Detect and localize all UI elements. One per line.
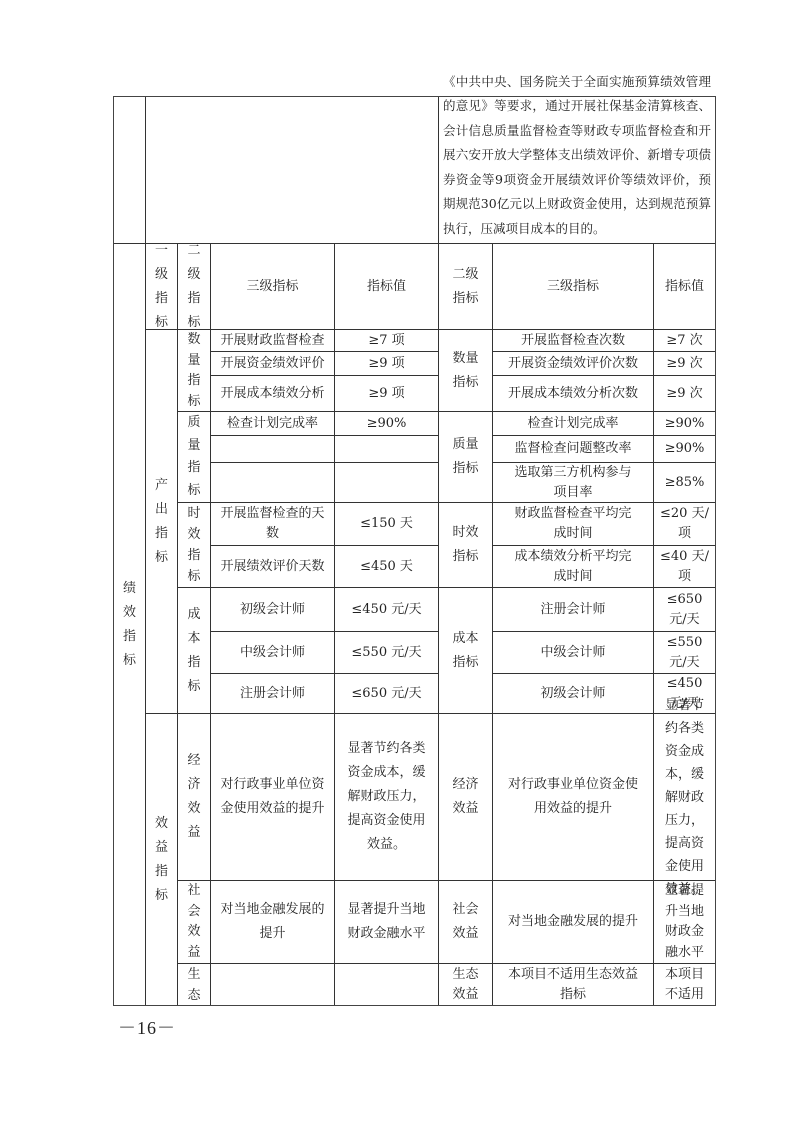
group-benefit-label: 效益指标	[155, 812, 169, 908]
social-left-value-cell: 显著提升当地财政金融水平	[334, 880, 439, 964]
cost-row3-left-name: 注册会计师	[210, 673, 335, 714]
quality-row3-right-value: ≥85%	[653, 462, 716, 503]
group-benefit-cell: 效益指标	[145, 713, 178, 1006]
ecological-right-name-cell: 本项目不适用生态效益指标	[492, 963, 654, 1006]
quality-row3-right-name-cell: 选取第三方机构参与项目率	[492, 462, 654, 503]
ecological-left-name	[210, 963, 335, 1006]
quantity-row2-right-value: ≥9 次	[653, 351, 716, 376]
timeliness-row2-right-value-cell: ≤40 天/项	[653, 545, 716, 588]
cost-row2-right-value-cell: ≤550 元/天	[653, 631, 716, 674]
cost-row1-right-name: 注册会计师	[492, 587, 654, 632]
cost-row1-right-value-cell: ≤650 元/天	[653, 587, 716, 632]
quality-row3-left-name	[210, 462, 335, 503]
quality-row1-left-name: 检查计划完成率	[210, 411, 335, 436]
ecological-left-label-cell: 生态	[177, 963, 211, 1006]
social-left-name: 对当地金融发展的提升	[219, 898, 327, 946]
quantity-row1-left-name: 开展财政监督检查	[210, 329, 335, 352]
section-label-cell: 绩效指标	[113, 243, 146, 1006]
cost-row1-left-value: ≤450 元/天	[334, 587, 439, 632]
social-left-label-cell: 社会效益	[177, 880, 211, 964]
timeliness-row1-left-name: 开展监督检查的天数	[218, 504, 328, 544]
ecological-right-value-cell: 本项目不适用	[653, 963, 716, 1006]
social-right-value-cell: 显著提升当地财政金融水平	[653, 880, 716, 964]
quality-row2-right-name: 监督检查问题整改率	[492, 435, 654, 463]
ecological-right-value: 本项目不适用	[663, 965, 707, 1005]
quantity-row3-right-name: 开展成本绩效分析次数	[492, 375, 654, 412]
timeliness-row1-right-value: ≤20 天/项	[659, 504, 711, 544]
intro-blank-col1	[113, 96, 146, 244]
quality-row1-right-value: ≥90%	[653, 411, 716, 436]
header-level2-left: 二级指标	[177, 243, 211, 330]
economic-right-name: 对行政事业单位资金使用效益的提升	[506, 773, 641, 821]
social-left-value: 显著提升当地财政金融水平	[345, 898, 429, 946]
quantity-row3-left-name: 开展成本绩效分析	[210, 375, 335, 412]
header-value-right: 指标值	[653, 243, 716, 330]
section-label: 绩效指标	[123, 577, 137, 673]
quality-row3-right-name: 选取第三方机构参与项目率	[513, 463, 633, 503]
quality-right-label-cell: 质量指标	[438, 411, 493, 503]
timeliness-left-label-cell: 时效指标	[177, 502, 211, 588]
quality-row3-left-value	[334, 462, 439, 503]
cost-row1-right-value: ≤650 元/天	[657, 590, 712, 630]
timeliness-row1-left-value: ≤150 天	[334, 502, 439, 546]
quantity-row2-left-name: 开展资金绩效评价	[210, 351, 335, 376]
timeliness-row1-right-name: 财政监督检查平均完成时间	[513, 504, 633, 544]
cost-row2-right-name: 中级会计师	[492, 631, 654, 674]
cost-row2-left-name: 中级会计师	[210, 631, 335, 674]
quality-row1-left-value: ≥90%	[334, 411, 439, 436]
cost-row3-left-value: ≤650 元/天	[334, 673, 439, 714]
quantity-row3-right-value: ≥9 次	[653, 375, 716, 412]
social-left-name-cell: 对当地金融发展的提升	[210, 880, 335, 964]
social-right-name: 对当地金融发展的提升	[492, 880, 654, 964]
quantity-row1-right-value: ≥7 次	[653, 329, 716, 352]
page-number: －16－	[118, 1014, 176, 1040]
timeliness-row2-left-name: 开展绩效评价天数	[210, 545, 335, 588]
cost-left-label-cell: 成本指标	[177, 587, 211, 714]
header-level3-left: 三级指标	[210, 243, 335, 330]
economic-left-name: 对行政事业单位资金使用效益的提升	[219, 773, 327, 821]
timeliness-row1-right-name-cell: 财政监督检查平均完成时间	[492, 502, 654, 546]
economic-left-label-cell: 经济效益	[177, 713, 211, 881]
quantity-left-label-cell: 数量指标	[177, 329, 211, 412]
cost-row3-right-name: 初级会计师	[492, 673, 654, 714]
group-output-label: 产出指标	[155, 474, 169, 570]
quality-row2-left-value	[334, 435, 439, 463]
timeliness-row2-right-name-cell: 成本绩效分析平均完成时间	[492, 545, 654, 588]
economic-left-value-cell: 显著节约各类资金成本，缓解财政压力，提高资金使用效益。	[334, 713, 439, 881]
timeliness-right-label-cell: 时效指标	[438, 502, 493, 588]
quantity-row1-right-name: 开展监督检查次数	[492, 329, 654, 352]
economic-left-value: 显著节约各类资金成本，缓解财政压力，提高资金使用效益。	[345, 737, 429, 857]
intro-text: 《中共中央、国务院关于全面实施预算绩效管理的意见》等要求，通过开展社保基金清算核…	[443, 70, 711, 244]
cost-row2-left-value: ≤550 元/天	[334, 631, 439, 674]
quantity-row1-left-value: ≥7 项	[334, 329, 439, 352]
quality-left-label-cell: 质量指标	[177, 411, 211, 503]
intro-blank-span	[145, 96, 439, 244]
timeliness-row2-left-value: ≤450 天	[334, 545, 439, 588]
quantity-row2-right-name: 开展资金绩效评价次数	[492, 351, 654, 376]
intro-text-cell: 《中共中央、国务院关于全面实施预算绩效管理的意见》等要求，通过开展社保基金清算核…	[438, 96, 716, 244]
ecological-left-value	[334, 963, 439, 1006]
economic-right-label-cell: 经济效益	[438, 713, 493, 881]
cost-right-label-cell: 成本指标	[438, 587, 493, 714]
timeliness-row1-left-name-cell: 开展监督检查的天数	[210, 502, 335, 546]
quality-row2-left-name	[210, 435, 335, 463]
quality-row1-right-name: 检查计划完成率	[492, 411, 654, 436]
economic-right-name-cell: 对行政事业单位资金使用效益的提升	[492, 713, 654, 881]
quantity-row3-left-value: ≥9 项	[334, 375, 439, 412]
ecological-right-label-cell: 生态效益	[438, 963, 493, 1006]
timeliness-row2-right-name: 成本绩效分析平均完成时间	[513, 547, 633, 587]
timeliness-row1-right-value-cell: ≤20 天/项	[653, 502, 716, 546]
header-level2-right: 二级指标	[438, 243, 493, 330]
group-output-cell: 产出指标	[145, 329, 178, 714]
economic-right-value-cell: 显著节约各类资金成本，缓解财政压力，提高资金使用效益。	[653, 713, 716, 881]
quantity-right-label-cell: 数量指标	[438, 329, 493, 412]
header-level1: 一级指标	[145, 243, 178, 330]
quantity-row2-left-value: ≥9 项	[334, 351, 439, 376]
cost-row1-left-name: 初级会计师	[210, 587, 335, 632]
economic-left-name-cell: 对行政事业单位资金使用效益的提升	[210, 713, 335, 881]
social-right-label-cell: 社会效益	[438, 880, 493, 964]
header-level3-right: 三级指标	[492, 243, 654, 330]
economic-right-value: 显著节约各类资金成本，缓解财政压力，提高资金使用效益。	[663, 694, 707, 901]
header-value-left: 指标值	[334, 243, 439, 330]
cost-row2-right-value: ≤550 元/天	[657, 633, 712, 673]
ecological-right-name: 本项目不适用生态效益指标	[506, 965, 641, 1005]
quality-row2-right-value: ≥90%	[653, 435, 716, 463]
social-right-value: 显著提升当地财政金融水平	[663, 881, 707, 963]
timeliness-row2-right-value: ≤40 天/项	[659, 547, 711, 587]
